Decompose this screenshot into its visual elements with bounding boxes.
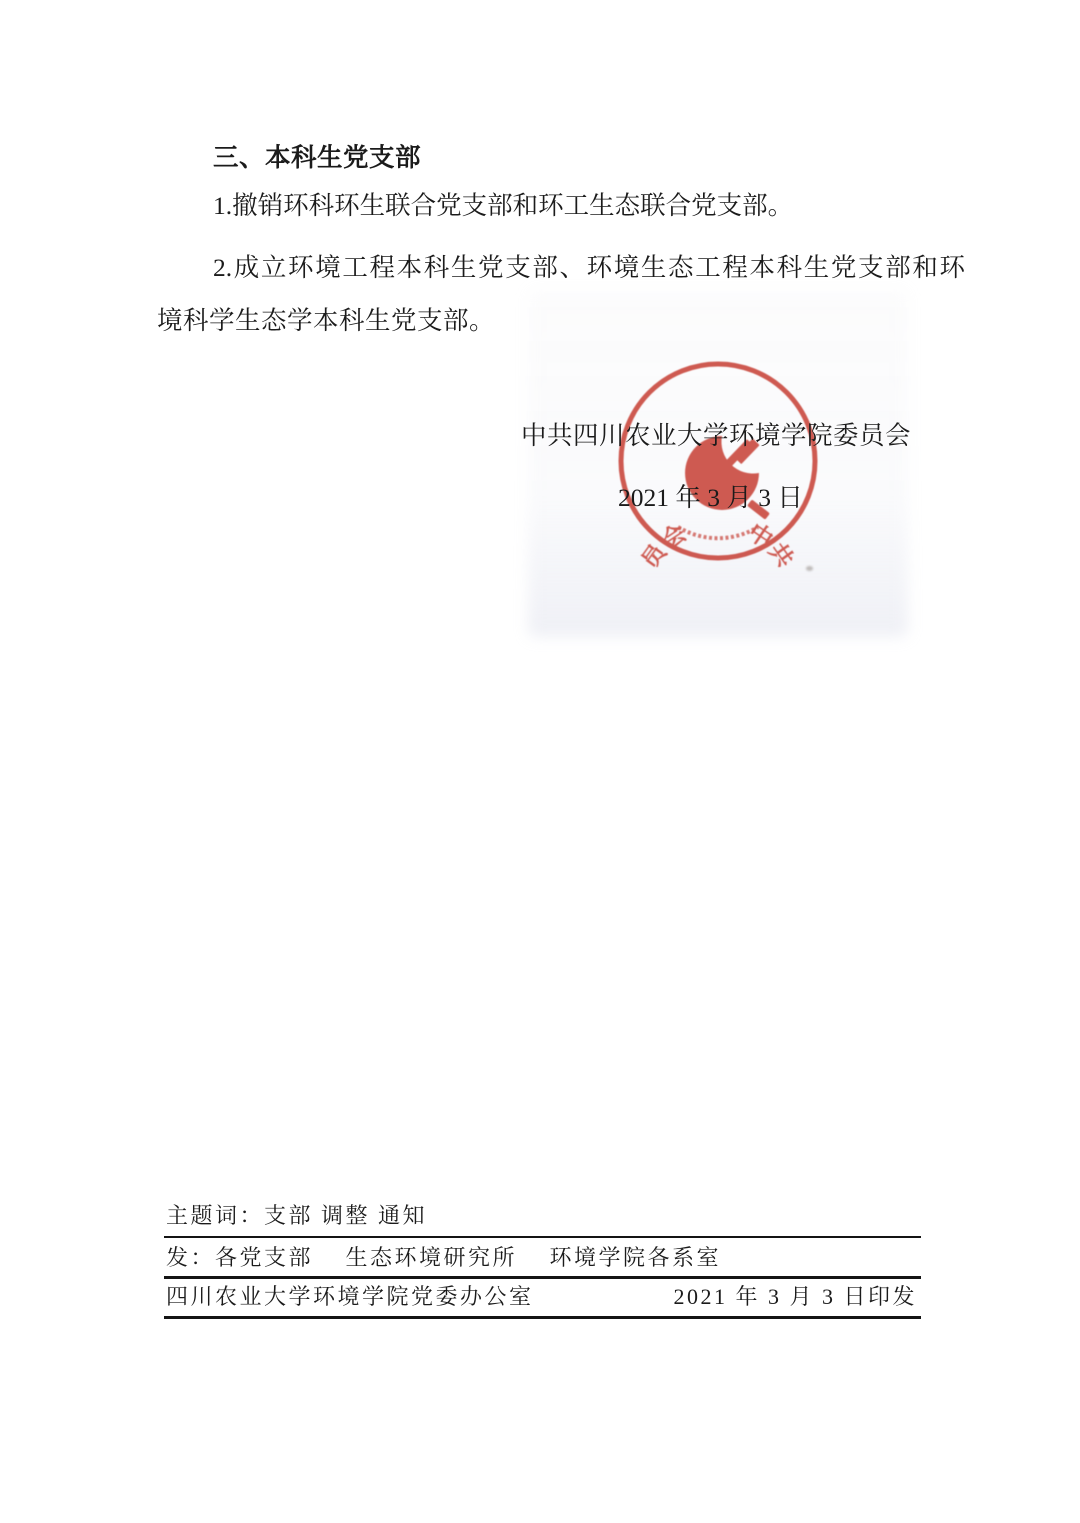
ink-speck: [806, 566, 813, 571]
body-paragraph-2-line-1: 2.成立环境工程本科生党支部、环境生态工程本科生党支部和环: [157, 253, 965, 283]
section-heading: 三、本科生党支部: [213, 138, 421, 174]
divider-thin: [164, 1236, 921, 1238]
body-paragraph-2-line-2: 境科学生态学本科生党支部。: [157, 306, 495, 336]
seal-graphics: 中共四川农业大学环境学院委员会: [621, 364, 815, 567]
signature-committee: 中共四川农业大学环境学院委员会: [521, 421, 911, 451]
official-seal: 中共四川农业大学环境学院委员会: [612, 355, 824, 567]
body-paragraph-1: 1.撤销环科环生联合党支部和环工生态联合党支部。: [157, 191, 793, 221]
signature-date: 2021 年 3 月 3 日: [618, 483, 803, 513]
document-page: 三、本科生党支部 1.撤销环科环生联合党支部和环工生态联合党支部。 2.成立环境…: [0, 0, 1080, 1523]
divider-thick-top: [164, 1276, 921, 1279]
footer-subject-row: 主题词：支部 调整 通知: [166, 1202, 427, 1230]
divider-thick-bottom: [164, 1316, 921, 1319]
footer-issuer: 四川农业大学环境学院党委办公室: [166, 1283, 534, 1311]
footer-distribution-row: 发：各党支部 生态环境研究所 环境学院各系室: [166, 1244, 721, 1272]
footer-print-date: 2021 年 3 月 3 日印发: [673, 1283, 917, 1311]
